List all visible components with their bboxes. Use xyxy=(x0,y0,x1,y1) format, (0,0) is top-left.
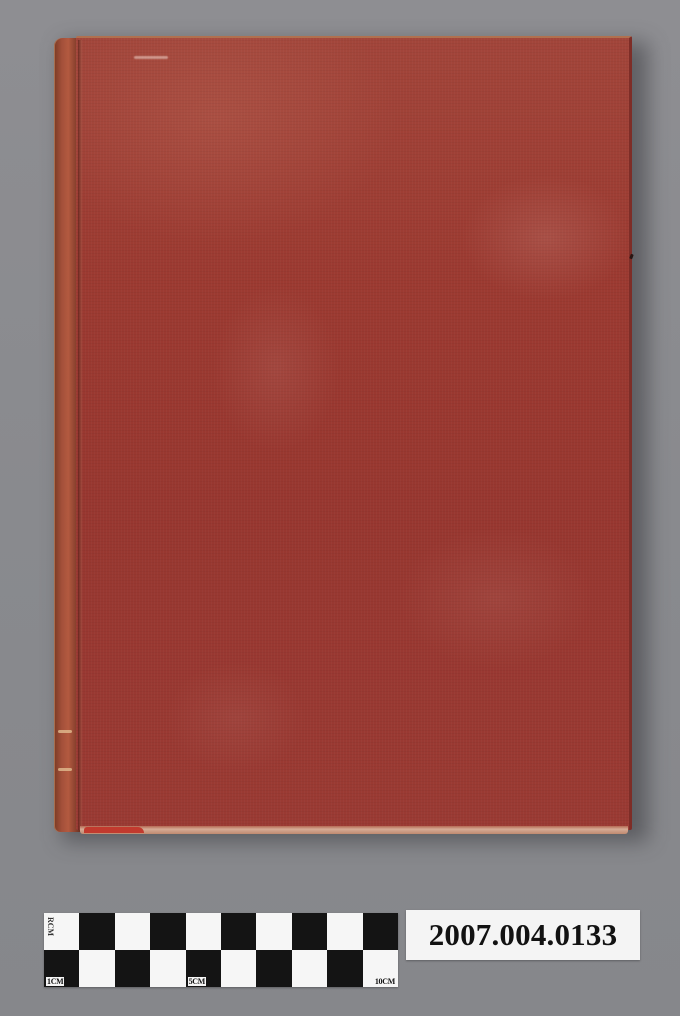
cover-wear-highlight xyxy=(134,56,168,59)
scale-cell xyxy=(79,913,114,950)
spine-band xyxy=(58,730,72,733)
scale-cell xyxy=(221,950,256,987)
accession-number: 2007.004.0133 xyxy=(429,917,618,953)
scale-label-10cm: 10CM xyxy=(374,977,396,986)
scale-cell: 10CM xyxy=(363,950,398,987)
scale-cell: 1CM xyxy=(44,950,79,987)
scale-cell xyxy=(327,913,362,950)
scale-cell: 5CM xyxy=(186,950,221,987)
scale-bar: RCM 1CM 5CM 10CM xyxy=(44,913,398,987)
scale-cell xyxy=(150,950,185,987)
scale-cell xyxy=(256,913,291,950)
scale-cell xyxy=(221,913,256,950)
scale-label-5cm: 5CM xyxy=(188,977,206,986)
scale-cell: RCM xyxy=(44,913,79,950)
scale-cell xyxy=(186,913,221,950)
scale-label-1cm: 1CM xyxy=(46,977,64,986)
scale-cell xyxy=(115,913,150,950)
scale-cell xyxy=(327,950,362,987)
scale-corner-label: RCM xyxy=(46,917,54,936)
scale-cell xyxy=(115,950,150,987)
book-front-cover xyxy=(76,36,632,830)
scale-cell xyxy=(363,913,398,950)
scale-cell xyxy=(150,913,185,950)
scale-cell xyxy=(256,950,291,987)
scale-cell xyxy=(79,950,114,987)
cover-hinge xyxy=(78,40,82,830)
accession-number-label: 2007.004.0133 xyxy=(406,910,640,960)
object-photograph: RCM 1CM 5CM 10CM 2007.004.0133 xyxy=(0,0,680,1016)
book xyxy=(54,36,632,834)
worn-bottom-edge xyxy=(84,827,144,833)
spine-band xyxy=(58,768,72,771)
book-bottom-edge xyxy=(80,826,628,834)
scale-cell xyxy=(292,950,327,987)
scale-cell xyxy=(292,913,327,950)
